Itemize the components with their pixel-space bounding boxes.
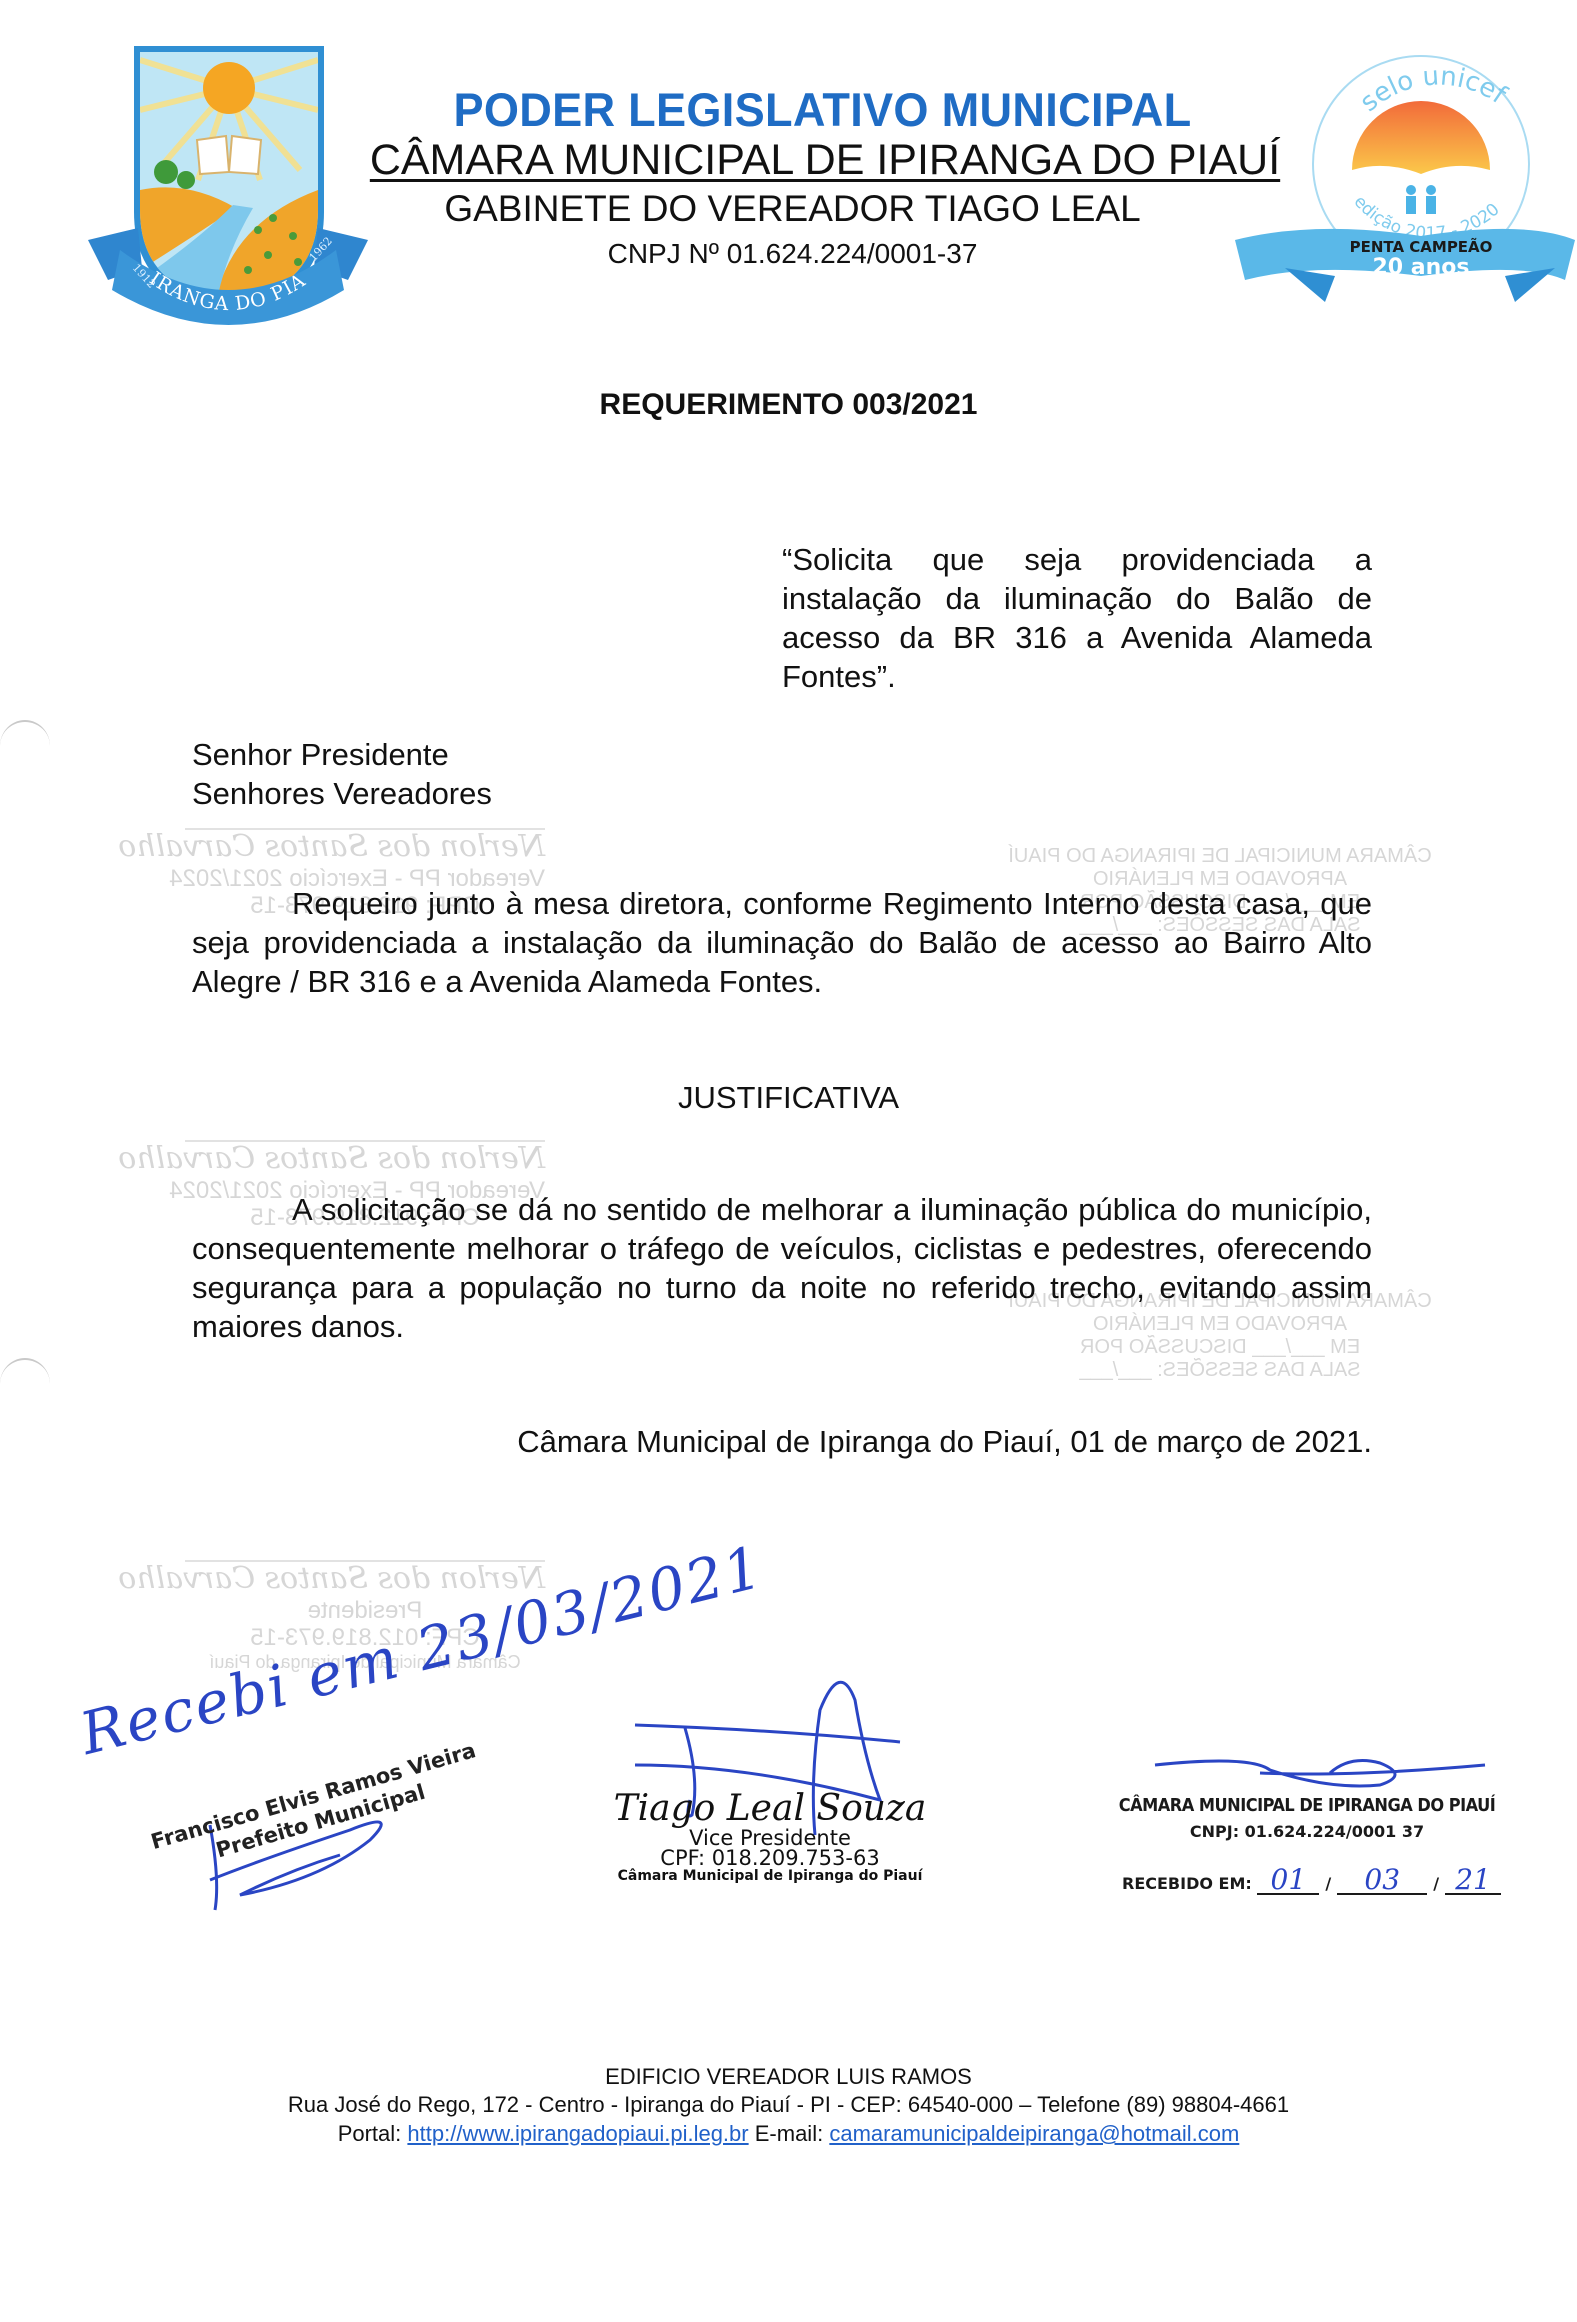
document-title: REQUERIMENTO 003/2021	[0, 388, 1577, 422]
email-link[interactable]: camaramunicipaldeipiranga@hotmail.com	[829, 2121, 1239, 2146]
salutation-line: Senhor Presidente	[192, 735, 492, 774]
ghost-text: SALA DAS SESSÕES: ___/___	[985, 1359, 1455, 1382]
unicef-seal: selo unicef edição 2017 - 2020 PENTA CAM…	[1225, 40, 1577, 325]
vice-president-name: Tiago Leal Souza	[605, 1790, 935, 1828]
received-day: 01	[1257, 1867, 1319, 1895]
vice-president-org: Câmara Municipal de Ipiranga do Piauí	[605, 1868, 935, 1884]
ghost-text: Nerlon dos Santos Carvalho	[185, 1562, 545, 1597]
place-date: Câmara Municipal de Ipiranga do Piauí, 0…	[455, 1424, 1372, 1460]
footer-contacts: Portal: http://www.ipirangadopiaui.pi.le…	[0, 2121, 1577, 2147]
received-label: RECEBIDO EM:	[1122, 1874, 1252, 1893]
received-month: 03	[1337, 1867, 1427, 1895]
email-label: E-mail:	[755, 2121, 823, 2146]
scan-artifact	[0, 1358, 50, 1410]
svg-text:20 anos: 20 anos	[1373, 255, 1470, 280]
vice-president-role: Vice Presidente	[605, 1828, 935, 1848]
svg-text:PENTA CAMPEÃO: PENTA CAMPEÃO	[1350, 237, 1493, 256]
receipt-stamp: CÂMARA MUNICIPAL DE IPIRANGA DO PIAUÍ CN…	[1112, 1795, 1502, 1895]
received-year: 21	[1445, 1867, 1501, 1895]
portal-link[interactable]: http://www.ipirangadopiaui.pi.leg.br	[407, 2121, 748, 2146]
receipt-stamp-cnpj: CNPJ: 01.624.224/0001 37	[1112, 1822, 1502, 1841]
receipt-date-row: RECEBIDO EM: 01/03/21	[1112, 1867, 1502, 1895]
ghost-text: CÂMARA MUNICIPAL DE IPIRANGA DO PIAUÍ	[985, 845, 1455, 868]
receipt-stamp-org: CÂMARA MUNICIPAL DE IPIRANGA DO PIAUÍ	[1112, 1795, 1502, 1816]
footer-address: Rua José do Rego, 172 - Centro - Ipirang…	[0, 2092, 1577, 2118]
document-summary: “Solicita que seja providenciada a insta…	[782, 540, 1372, 696]
vice-president-stamp: Tiago Leal Souza Vice Presidente CPF: 01…	[605, 1790, 935, 1884]
request-paragraph: Requeiro junto à mesa diretora, conforme…	[192, 884, 1372, 1001]
unicef-seal-icon: selo unicef edição 2017 - 2020 PENTA CAM…	[1225, 40, 1577, 325]
justification-heading: JUSTIFICATIVA	[0, 1080, 1577, 1116]
vice-president-cpf: CPF: 018.209.753-63	[605, 1848, 935, 1868]
salutation: Senhor Presidente Senhores Vereadores	[192, 735, 492, 813]
header-chamber-name: CÂMARA MUNICIPAL DE IPIRANGA DO PIAUÍ	[349, 136, 1301, 185]
justification-paragraph: A solicitação se dá no sentido de melhor…	[192, 1190, 1372, 1346]
ghost-text: Nerlon dos Santos Carvalho	[185, 830, 545, 865]
portal-label: Portal:	[338, 2121, 402, 2146]
scan-artifact	[0, 720, 50, 772]
ghost-text: Nerlon dos Santos Carvalho	[185, 1142, 545, 1177]
footer-building: EDIFICIO VEREADOR LUIS RAMOS	[0, 2064, 1577, 2090]
salutation-line: Senhores Vereadores	[192, 774, 492, 813]
